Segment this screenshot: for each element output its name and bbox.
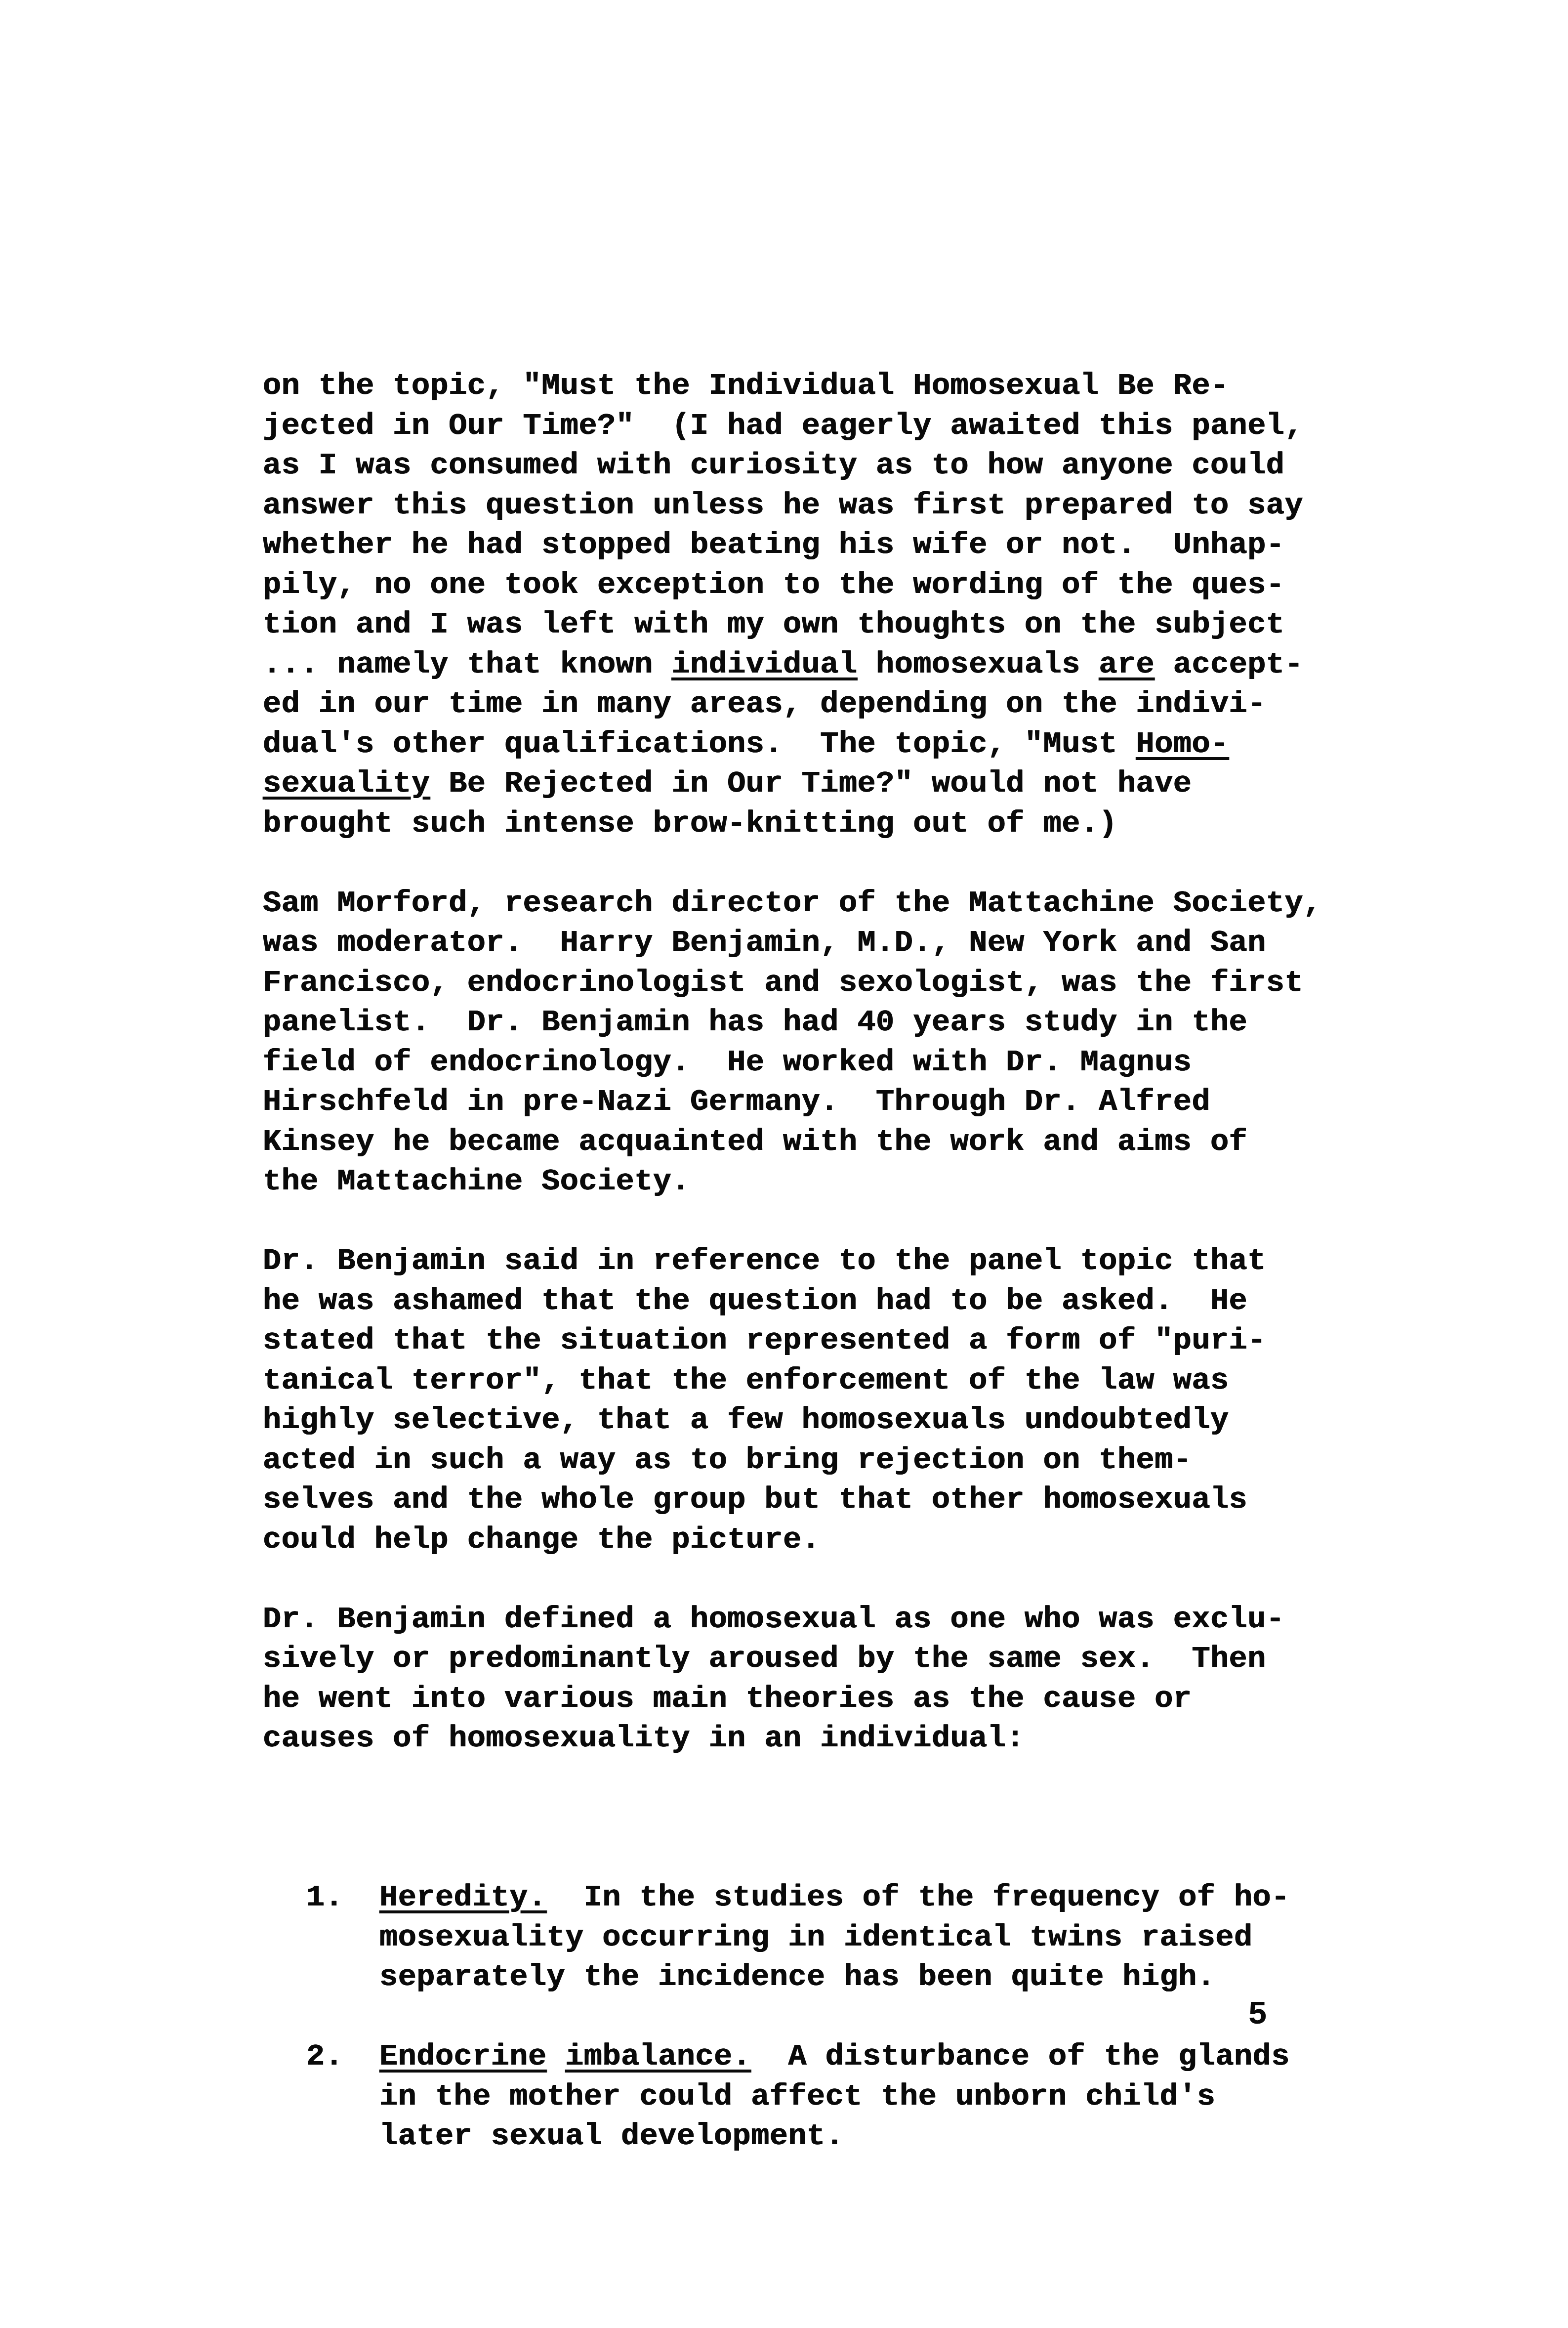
text-run: brought such intense brow-knitting out o… — [263, 806, 1117, 841]
text-run: in the mother could affect the unborn ch… — [379, 2079, 1215, 2114]
list-number: 2. — [306, 2037, 343, 2077]
list-item: 1.Heredity. In the studies of the freque… — [263, 1878, 1320, 1997]
underlined-text: are — [1099, 647, 1155, 682]
text-run: he was ashamed that the question had to … — [263, 1283, 1247, 1318]
list-number: 1. — [306, 1878, 343, 1918]
text-line: pily, no one took exception to the wordi… — [263, 565, 1320, 605]
underlined-text: sexuality — [263, 766, 430, 801]
text-run: Sam Morford, research director of the Ma… — [263, 886, 1322, 921]
text-run: A disturbance of the glands — [751, 2039, 1290, 2074]
text-line: he went into various main theories as th… — [263, 1679, 1320, 1719]
text-run: tanical terror", that the enforcement of… — [263, 1363, 1229, 1398]
text-line: Francisco, endocrinologist and sexologis… — [263, 963, 1320, 1003]
paragraph-4: Dr. Benjamin defined a homosexual as one… — [263, 1600, 1320, 1759]
text-line: on the topic, "Must the Individual Homos… — [263, 366, 1320, 406]
text-line: Dr. Benjamin said in reference to the pa… — [263, 1241, 1320, 1281]
paragraph-2: Sam Morford, research director of the Ma… — [263, 884, 1320, 1202]
text-line: mosexuality occurring in identical twins… — [379, 1918, 1320, 1958]
text-run: Dr. Benjamin said in reference to the pa… — [263, 1243, 1266, 1278]
text-run: Be Rejected in Our Time?" would not have — [430, 766, 1192, 801]
text-line: as I was consumed with curiosity as to h… — [263, 446, 1320, 486]
text-run: separately the incidence has been quite … — [379, 1959, 1215, 1994]
text-line: Hirschfeld in pre-Nazi Germany. Through … — [263, 1082, 1320, 1122]
text-run: he went into various main theories as th… — [263, 1681, 1192, 1716]
list-item: 2.Endocrine imbalance. A disturbance of … — [263, 2037, 1320, 2157]
text-run: answer this question unless he was first… — [263, 488, 1303, 523]
page-number: 5 — [1248, 1996, 1268, 2033]
text-line: sively or predominantly aroused by the s… — [263, 1639, 1320, 1679]
text-line: dual's other qualifications. The topic, … — [263, 724, 1320, 764]
text-line: the Mattachine Society. — [263, 1162, 1320, 1202]
text-line: panelist. Dr. Benjamin has had 40 years … — [263, 1003, 1320, 1043]
text-run: acted in such a way as to bring rejectio… — [263, 1442, 1192, 1478]
text-run: pily, no one took exception to the wordi… — [263, 567, 1284, 602]
text-line: Sam Morford, research director of the Ma… — [263, 884, 1320, 924]
text-line: Kinsey he became acquainted with the wor… — [263, 1122, 1320, 1162]
text-run: sively or predominantly aroused by the s… — [263, 1641, 1266, 1676]
underlined-text: Endocrine — [379, 2039, 546, 2074]
text-line: highly selective, that a few homosexuals… — [263, 1400, 1320, 1440]
text-run: Francisco, endocrinologist and sexologis… — [263, 965, 1303, 1000]
document-page: on the topic, "Must the Individual Homos… — [0, 0, 1568, 2328]
text-run: tion and I was left with my own thoughts… — [263, 607, 1284, 642]
text-run: mosexuality occurring in identical twins… — [379, 1920, 1252, 1955]
text-run: could help change the picture. — [263, 1522, 820, 1557]
text-line: he was ashamed that the question had to … — [263, 1281, 1320, 1321]
text-run: homosexuals — [857, 647, 1099, 682]
text-line: answer this question unless he was first… — [263, 486, 1320, 526]
text-line: later sexual development. — [379, 2116, 1320, 2157]
paragraph-1: on the topic, "Must the Individual Homos… — [263, 366, 1320, 844]
text-line: whether he had stopped beating his wife … — [263, 525, 1320, 565]
list-body: Endocrine imbalance. A disturbance of th… — [379, 2037, 1320, 2157]
text-run: jected in Our Time?" (I had eagerly awai… — [263, 408, 1303, 443]
text-run: later sexual development. — [379, 2118, 844, 2154]
text-run: ... namely that known — [263, 647, 671, 682]
text-run: the Mattachine Society. — [263, 1164, 690, 1199]
text-run: on the topic, "Must the Individual Homos… — [263, 368, 1229, 403]
text-line: Endocrine imbalance. A disturbance of th… — [379, 2037, 1320, 2077]
text-run: accept- — [1155, 647, 1303, 682]
list-body: Heredity. In the studies of the frequenc… — [379, 1878, 1320, 1997]
text-run: causes of homosexuality in an individual… — [263, 1721, 1025, 1756]
text-line: acted in such a way as to bring rejectio… — [263, 1440, 1320, 1481]
text-line: could help change the picture. — [263, 1520, 1320, 1560]
text-run: panelist. Dr. Benjamin has had 40 years … — [263, 1005, 1247, 1040]
typewritten-text: on the topic, "Must the Individual Homos… — [263, 287, 1320, 2276]
text-line: field of endocrinology. He worked with D… — [263, 1043, 1320, 1083]
text-line: brought such intense brow-knitting out o… — [263, 804, 1320, 844]
text-run: Hirschfeld in pre-Nazi Germany. Through … — [263, 1084, 1210, 1119]
paragraph-3: Dr. Benjamin said in reference to the pa… — [263, 1241, 1320, 1560]
text-run: field of endocrinology. He worked with D… — [263, 1045, 1192, 1080]
text-line: jected in Our Time?" (I had eagerly awai… — [263, 406, 1320, 446]
underlined-text: individual — [671, 647, 857, 682]
text-run — [546, 2039, 565, 2074]
text-run: Dr. Benjamin defined a homosexual as one… — [263, 1602, 1284, 1637]
text-line: selves and the whole group but that othe… — [263, 1480, 1320, 1520]
text-line: ... namely that known individual homosex… — [263, 645, 1320, 685]
text-line: ed in our time in many areas, depending … — [263, 684, 1320, 724]
paragraphs: on the topic, "Must the Individual Homos… — [263, 366, 1320, 1759]
text-run: selves and the whole group but that othe… — [263, 1482, 1247, 1517]
causes-list: 1.Heredity. In the studies of the freque… — [263, 1878, 1320, 2157]
text-line: stated that the situation represented a … — [263, 1321, 1320, 1361]
text-line: sexuality Be Rejected in Our Time?" woul… — [263, 764, 1320, 804]
text-line: tion and I was left with my own thoughts… — [263, 605, 1320, 645]
text-line: separately the incidence has been quite … — [379, 1957, 1320, 1997]
text-run: whether he had stopped beating his wife … — [263, 527, 1284, 562]
text-run: highly selective, that a few homosexuals… — [263, 1402, 1229, 1438]
underlined-text: imbalance. — [565, 2039, 751, 2074]
text-line: Heredity. In the studies of the frequenc… — [379, 1878, 1320, 1918]
text-run: ed in our time in many areas, depending … — [263, 686, 1266, 721]
text-line: in the mother could affect the unborn ch… — [379, 2077, 1320, 2117]
text-line: tanical terror", that the enforcement of… — [263, 1361, 1320, 1401]
text-run: Kinsey he became acquainted with the wor… — [263, 1124, 1247, 1159]
text-line: was moderator. Harry Benjamin, M.D., New… — [263, 923, 1320, 963]
text-run: dual's other qualifications. The topic, … — [263, 726, 1136, 762]
text-run: as I was consumed with curiosity as to h… — [263, 448, 1284, 483]
underlined-text: Homo- — [1136, 726, 1229, 762]
text-line: Dr. Benjamin defined a homosexual as one… — [263, 1600, 1320, 1640]
text-line: causes of homosexuality in an individual… — [263, 1719, 1320, 1759]
text-run: In the studies of the frequency of ho- — [546, 1880, 1289, 1915]
underlined-text: Heredity. — [379, 1880, 546, 1915]
text-run: stated that the situation represented a … — [263, 1323, 1266, 1358]
text-run: was moderator. Harry Benjamin, M.D., New… — [263, 925, 1266, 960]
